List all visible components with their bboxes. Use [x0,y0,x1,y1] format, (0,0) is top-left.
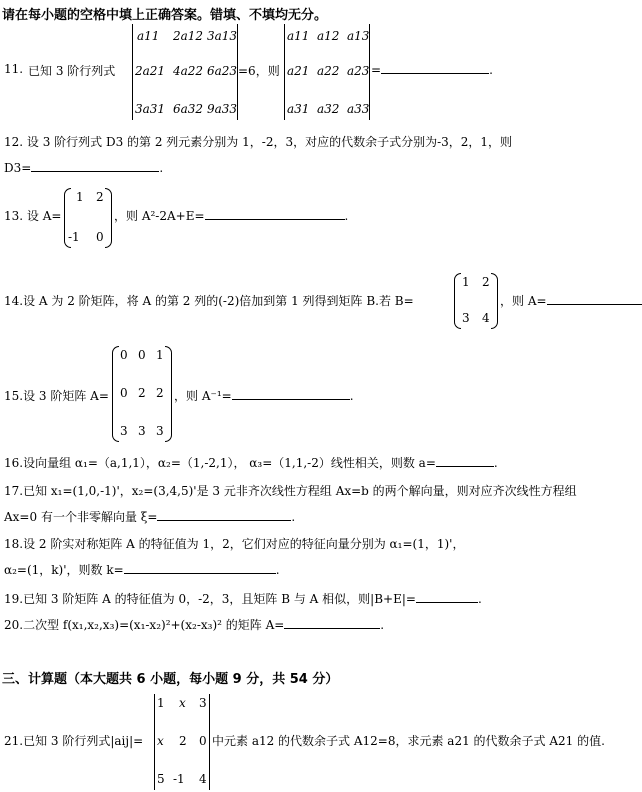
q20: 20.二次型 f(x₁,x₂,x₃)=(x₁-x₂)²+(x₂-x₃)² 的矩阵… [4,616,384,633]
matrix-cell: 2 [96,190,104,204]
det-cell: a33 [347,102,369,116]
det-cell: 6a32 [173,102,203,116]
q18-line1: 18.设 2 阶实对称矩阵 A 的特征值为 1，2，它们对应的特征向量分别为 α… [4,535,464,552]
matrix-cell: 0 [120,386,128,400]
matrix-cell: 3 [156,424,164,438]
q17-line1: 17.已知 x₁=(1,0,-1)'，x₂=(3,4,5)'是 3 元非齐次线性… [4,482,577,499]
det-cell: a11 [287,29,309,43]
q12-line1: 12. 设 3 阶行列式 D3 的第 2 列元素分别为 1，-2，3，对应的代数… [4,133,512,150]
det-cell: x [179,696,186,710]
q15-answer-blank[interactable] [232,388,350,400]
q13-period: . [345,209,349,223]
det-cell: 3a13 [207,29,237,43]
q20-text: 20.二次型 f(x₁,x₂,x₃)=(x₁-x₂)²+(x₂-x₃)² 的矩阵… [4,618,284,632]
det-cell: a21 [287,64,309,78]
q12-period: . [159,161,163,175]
matrix-cell: 0 [120,348,128,362]
matrix-cell: 1 [76,190,84,204]
matrix-cell: 1 [462,275,470,289]
q21-suffix: 中元素 a12 的代数余子式 A12=8，求元素 a21 的代数余子式 A21 … [212,732,605,749]
det-cell: 3a31 [135,102,165,116]
det-cell: 4a22 [173,64,203,78]
q18-answer-blank[interactable] [124,562,276,574]
det-cell: a31 [287,102,309,116]
q12-answer-blank[interactable] [31,160,159,172]
det-cell: 9a33 [207,102,237,116]
matrix-cell: 2 [156,386,164,400]
q17-answer-blank[interactable] [157,509,291,521]
q17-period: . [291,510,295,524]
det-cell: a22 [317,64,339,78]
q19-answer-blank[interactable] [416,591,478,603]
matrix-cell: 4 [482,311,490,325]
q14-suffix: ，则 A=. [500,292,642,309]
matrix-cell: 2 [138,386,146,400]
q16-text: 16.设向量组 α₁=（a,1,1），α₂=（1,-2,1）， α₃=（1,1,… [4,456,436,470]
q11-determinant-2: a11 a12 a13 a21 a22 a23 a31 a32 a33 [284,24,370,120]
q11-period: . [489,63,493,77]
det-cell: a11 [137,29,159,43]
q14-answer-blank[interactable] [547,293,642,305]
q16: 16.设向量组 α₁=（a,1,1），α₂=（1,-2,1）， α₃=（1,1,… [4,454,498,471]
q11-determinant-1: a11 2a12 3a13 2a21 4a22 6a23 3a31 6a32 9… [132,24,238,120]
q15-prefix: 15.设 3 阶矩阵 A= [4,387,109,404]
det-cell: x [157,734,164,748]
det-cell: 6a23 [207,64,237,78]
q20-answer-blank[interactable] [284,617,380,629]
q21-prefix: 21.已知 3 阶行列式|aij|= [4,732,143,749]
q19-period: . [478,592,482,606]
det-cell: 2a21 [135,64,165,78]
q19: 19.已知 3 阶矩阵 A 的特征值为 0，-2，3，且矩阵 B 与 A 相似，… [4,590,482,607]
matrix-cell: -1 [68,230,80,244]
det-cell: 2a12 [173,29,203,43]
matrix-cell: 0 [96,230,104,244]
matrix-cell: 3 [138,424,146,438]
q12-prefix: D3= [4,161,31,175]
q13-suffix: ，则 A²-2A+E=. [114,207,348,224]
det-cell: 0 [199,734,207,748]
q15-period: . [350,389,354,403]
det-cell: 3 [199,696,207,710]
q11-equals: =6，则 [238,62,280,79]
section-3-title: 三、计算题（本大题共 6 小题，每小题 9 分，共 54 分） [2,668,338,687]
q14-then-a: ，则 A= [500,294,547,308]
q11-eq-sign: = [371,63,381,77]
matrix-cell: 1 [156,348,164,362]
det-cell: 2 [179,734,187,748]
q18-text: α₂=(1，k)'，则数 k= [4,563,124,577]
q16-answer-blank[interactable] [436,455,494,467]
det-cell: -1 [173,772,185,786]
matrix-cell: 3 [120,424,128,438]
q18-period: . [276,563,280,577]
q11-answer-blank[interactable] [381,62,489,74]
det-cell: 4 [199,772,207,786]
instruction-text: 请在每小题的空格中填上正确答案。错填、不填均无分。 [2,4,327,23]
q13-matrix: 1 2 -1 0 [64,188,112,248]
q18-line2: α₂=(1，k)'，则数 k=. [4,561,280,578]
q13-answer-blank[interactable] [205,208,345,220]
q17-line2: Ax=0 有一个非零解向量 ξ=. [4,508,295,525]
det-cell: 1 [157,696,165,710]
det-cell: a32 [317,102,339,116]
q14-matrix: 1 2 3 4 [454,273,498,329]
q13-expression: ，则 A²-2A+E= [114,209,205,223]
q16-period: . [494,456,498,470]
q15-matrix: 0 0 1 0 2 2 3 3 3 [112,346,172,442]
q12-line2: D3=. [4,160,163,175]
q19-text: 19.已知 3 阶矩阵 A 的特征值为 0，-2，3，且矩阵 B 与 A 相似，… [4,592,416,606]
matrix-cell: 2 [482,275,490,289]
matrix-cell: 3 [462,311,470,325]
q15-suffix: ，则 A⁻¹=. [174,387,354,404]
q20-period: . [380,618,384,632]
q11-number: 11. [4,62,23,76]
matrix-cell: 0 [138,348,146,362]
det-cell: a23 [347,64,369,78]
det-cell: 5 [157,772,165,786]
q13-prefix: 13. 设 A= [4,207,61,224]
q15-inverse: ，则 A⁻¹= [174,389,232,403]
q11-tail: =. [371,62,493,77]
det-cell: a13 [347,29,369,43]
q21-determinant: 1 x 3 x 2 0 5 -1 4 [154,694,210,790]
q11-text: 已知 3 阶行列式 [28,62,115,79]
det-cell: a12 [317,29,339,43]
q17-text: Ax=0 有一个非零解向量 ξ= [4,510,157,524]
q14-prefix: 14.设 A 为 2 阶矩阵，将 A 的第 2 列的(-2)倍加到第 1 列得到… [4,292,414,309]
